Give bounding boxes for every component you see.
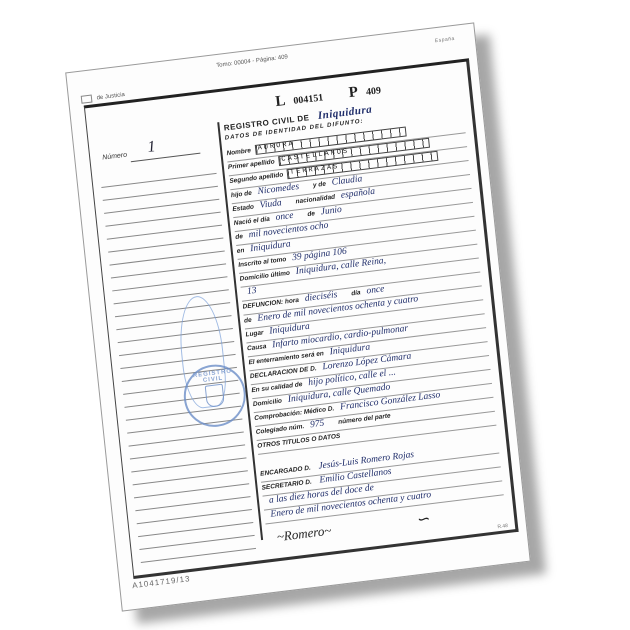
- document-top-title: Tomo: 00004 - Página: 409: [216, 54, 288, 69]
- field-value: [346, 430, 347, 440]
- field-value-secondary: Claudia: [331, 174, 362, 188]
- field-label: de: [244, 317, 252, 325]
- encargado-label: ENCARGADO D.: [260, 465, 311, 478]
- coat-of-arms-icon: [205, 384, 225, 408]
- registry-fields: NombreAURORAPrimer apellidoCASTELLANOSSe…: [226, 119, 496, 455]
- document-page: Tomo: 00004 - Página: 409 España de Just…: [65, 22, 531, 611]
- margin-rule-line: [110, 250, 225, 265]
- field-label-secondary: de: [307, 210, 315, 218]
- margin-rule-line: [104, 199, 219, 214]
- field-label: de: [235, 233, 243, 241]
- field-value-secondary: once: [366, 284, 385, 296]
- field-label: Domicilio: [253, 398, 283, 409]
- margin-rule-line: [135, 496, 250, 511]
- field-value: 13: [247, 286, 257, 297]
- field-label: [241, 290, 242, 297]
- margin-rule-line: [129, 431, 244, 446]
- book-number: 004151: [293, 92, 324, 107]
- margin-rule-line: [131, 457, 246, 472]
- field-label: Lugar: [245, 329, 264, 338]
- margin-rule-line: [130, 444, 245, 459]
- margin-rule-line: [133, 470, 248, 485]
- field-value-secondary: [396, 410, 397, 420]
- field-label: en: [236, 247, 244, 255]
- ministry-logo-icon: [81, 94, 93, 103]
- registry-form-frame: L 004151 P 409 Número 1 REGISTRO CIVIL: [84, 58, 519, 579]
- numero-value: 1: [147, 138, 157, 157]
- page-number: 409: [366, 85, 382, 98]
- margin-rule-line: [103, 186, 218, 201]
- margin-rule-line: [112, 276, 227, 291]
- margin-rule-line: [139, 535, 254, 550]
- page-letter: P: [348, 84, 359, 101]
- field-label: Inscrito al tomo: [238, 256, 287, 269]
- field-value: Viuda: [259, 198, 282, 211]
- margin-rule-line: [137, 509, 252, 524]
- field-value: 975: [310, 419, 325, 431]
- margin-rule-line: [114, 289, 229, 304]
- field-label: Nombre: [226, 147, 251, 157]
- margin-rule-line: [107, 225, 222, 240]
- scan-viewer: Tomo: 00004 - Página: 409 España de Just…: [0, 0, 630, 630]
- margin-rule-line: [141, 548, 256, 563]
- field-label: Causa: [247, 343, 267, 352]
- registry-entry: REGISTRO CIVIL DE Iniquidura DATOS DE ID…: [223, 92, 507, 554]
- field-label: Estado: [232, 204, 254, 214]
- encargado-signature-icon: ~Romero~: [276, 523, 332, 546]
- field-label: Colegiado núm.: [255, 423, 304, 436]
- field-label-secondary: y de: [313, 181, 327, 190]
- numero-label: Número: [102, 152, 127, 162]
- secretario-signature-icon: ∽: [415, 509, 430, 531]
- field-value: once: [275, 211, 294, 223]
- field-label: hijo de: [231, 190, 253, 200]
- book-letter: L: [275, 93, 287, 110]
- country-label: España: [435, 36, 455, 44]
- field-label: Nació el día: [234, 216, 271, 227]
- numero-underline: [131, 153, 201, 163]
- field-label-secondary: nacionalidad: [295, 194, 335, 206]
- margin-rule-line: [138, 522, 253, 537]
- margin-ruled-lines: [88, 123, 215, 139]
- margin-rule-line: [108, 238, 223, 253]
- footer-mark: R.48: [497, 523, 508, 530]
- field-label-secondary: día: [351, 289, 361, 297]
- margin-rule-line: [134, 483, 249, 498]
- margin-rule-line: [101, 173, 216, 188]
- margin-rule-line: [111, 263, 226, 278]
- field-value-secondary: Junio: [320, 205, 342, 218]
- margin-rule-line: [105, 212, 220, 227]
